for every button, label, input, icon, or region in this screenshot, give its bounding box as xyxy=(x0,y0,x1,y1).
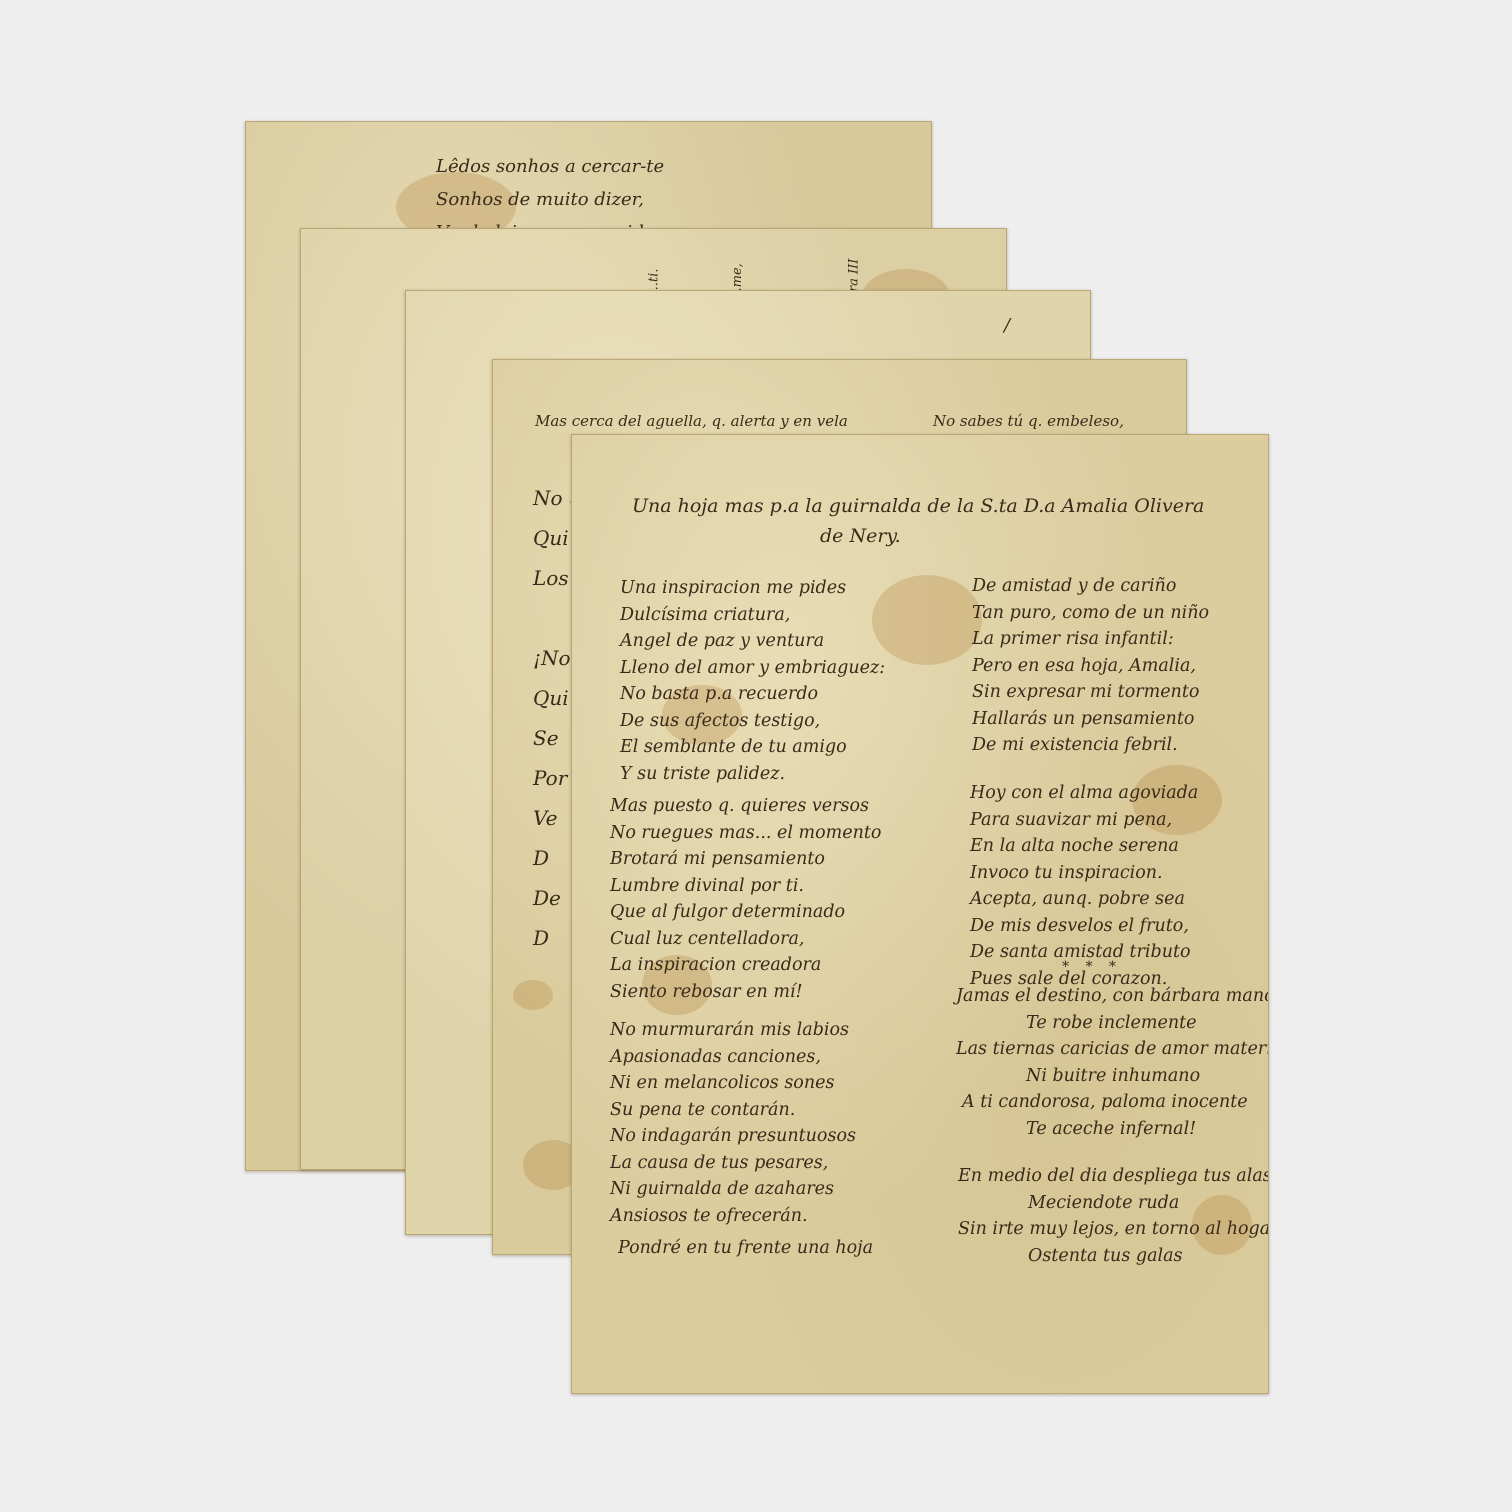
stanza-left-1: Una inspiracion me pides Dulcísima criat… xyxy=(620,575,885,787)
verse-line: Ni buitre inhumano xyxy=(956,1063,1269,1090)
verse-line: Jamas el destino, con bárbara mano xyxy=(956,983,1269,1010)
verse-line: Brotará mi pensamiento xyxy=(610,846,881,873)
foxing-stain xyxy=(872,575,982,665)
verse-line: Ni en melancolicos sones xyxy=(610,1070,856,1097)
verse-line: El semblante de tu amigo xyxy=(620,734,885,761)
verse-line: Cual luz centelladora, xyxy=(610,926,881,953)
verse-line: Lumbre divinal por ti. xyxy=(610,873,881,900)
verse-line: Y su triste palidez. xyxy=(620,761,885,788)
stanza-right-1: De amistad y de cariño Tan puro, como de… xyxy=(972,573,1209,759)
stanza-divider-asterisks: * * * xyxy=(1062,959,1122,975)
verse-line: Acepta, aunq. pobre sea xyxy=(970,886,1198,913)
verse-line: De sus afectos testigo, xyxy=(620,708,885,735)
sheet-4-top-left-line: Mas cerca del aguella, q. alerta y en ve… xyxy=(535,412,848,430)
verse-line: Angel de paz y ventura xyxy=(620,628,885,655)
verse-line: Una inspiracion me pides xyxy=(620,575,885,602)
verse-line: No indagarán presuntuosos xyxy=(610,1123,856,1150)
verse-line: No basta p.a recuerdo xyxy=(620,681,885,708)
edge-mark: / xyxy=(1004,315,1010,336)
poem-title-continued: de Nery. xyxy=(820,525,901,547)
verse-line: Mas puesto q. quieres versos xyxy=(610,793,881,820)
stanza-left-3: No murmurarán mis labios Apasionadas can… xyxy=(610,1017,856,1229)
verse-line: Sin expresar mi tormento xyxy=(972,679,1209,706)
verse-line: La primer risa infantil: xyxy=(972,626,1209,653)
verse-line: Tan puro, como de un niño xyxy=(972,600,1209,627)
verse-line: Ni guirnalda de azahares xyxy=(610,1176,856,1203)
verse-line: Pero en esa hoja, Amalia, xyxy=(972,653,1209,680)
verse-line: Ansiosos te ofrecerán. xyxy=(610,1203,856,1230)
foxing-stain xyxy=(513,980,553,1010)
verse-line: Meciendote ruda xyxy=(958,1190,1269,1217)
stanza-right-3: Jamas el destino, con bárbara mano Te ro… xyxy=(956,983,1269,1142)
verse-line: Sonhos de muito dizer, xyxy=(436,183,664,216)
manuscript-sheet-5: Una hoja mas p.a la guirnalda de la S.ta… xyxy=(571,434,1269,1394)
verse-line: Lêdos sonhos a cercar-te xyxy=(436,150,664,183)
sheet-4-top-right-line: No sabes tú q. embeleso, xyxy=(933,412,1124,430)
verse-line: De amistad y de cariño xyxy=(972,573,1209,600)
verse-line: Dulcísima criatura, xyxy=(620,602,885,629)
stanza-right-4: En medio del dia despliega tus alas, Mec… xyxy=(958,1163,1269,1269)
verse-line: No murmurarán mis labios xyxy=(610,1017,856,1044)
verse-line: De mi existencia febril. xyxy=(972,732,1209,759)
verse-line: Te robe inclemente xyxy=(956,1010,1269,1037)
stanza-left-4: Pondré en tu frente una hoja xyxy=(618,1235,873,1262)
verse-line: La causa de tus pesares, xyxy=(610,1150,856,1177)
verse-line: Lleno del amor y embriaguez: xyxy=(620,655,885,682)
verse-line: Para suavizar mi pena, xyxy=(970,807,1198,834)
stanza-left-2: Mas puesto q. quieres versos No ruegues … xyxy=(610,793,881,1005)
verse-line: Pondré en tu frente una hoja xyxy=(618,1235,873,1262)
verse-line: Su pena te contarán. xyxy=(610,1097,856,1124)
verse-line: Sin irte muy lejos, en torno al hogar xyxy=(958,1216,1269,1243)
verse-line: En la alta noche serena xyxy=(970,833,1198,860)
verse-line: Invoco tu inspiracion. xyxy=(970,860,1198,887)
verse-line: Apasionadas canciones, xyxy=(610,1044,856,1071)
verse-line: Ostenta tus galas xyxy=(958,1243,1269,1270)
poem-title: Una hoja mas p.a la guirnalda de la S.ta… xyxy=(632,495,1204,517)
verse-line: Te aceche infernal! xyxy=(956,1116,1269,1143)
verse-line: Que al fulgor determinado xyxy=(610,899,881,926)
verse-line: Hoy con el alma agoviada xyxy=(970,780,1198,807)
verse-line: De mis desvelos el fruto, xyxy=(970,913,1198,940)
verse-line: Las tiernas caricias de amor maternal. xyxy=(956,1036,1269,1063)
verse-line: No ruegues mas... el momento xyxy=(610,820,881,847)
verse-line: Siento rebosar en mí! xyxy=(610,979,881,1006)
verse-line: La inspiracion creadora xyxy=(610,952,881,979)
verse-line: En medio del dia despliega tus alas, xyxy=(958,1163,1269,1190)
verse-line: Hallarás un pensamiento xyxy=(972,706,1209,733)
verse-line: A ti candorosa, paloma inocente xyxy=(956,1089,1269,1116)
